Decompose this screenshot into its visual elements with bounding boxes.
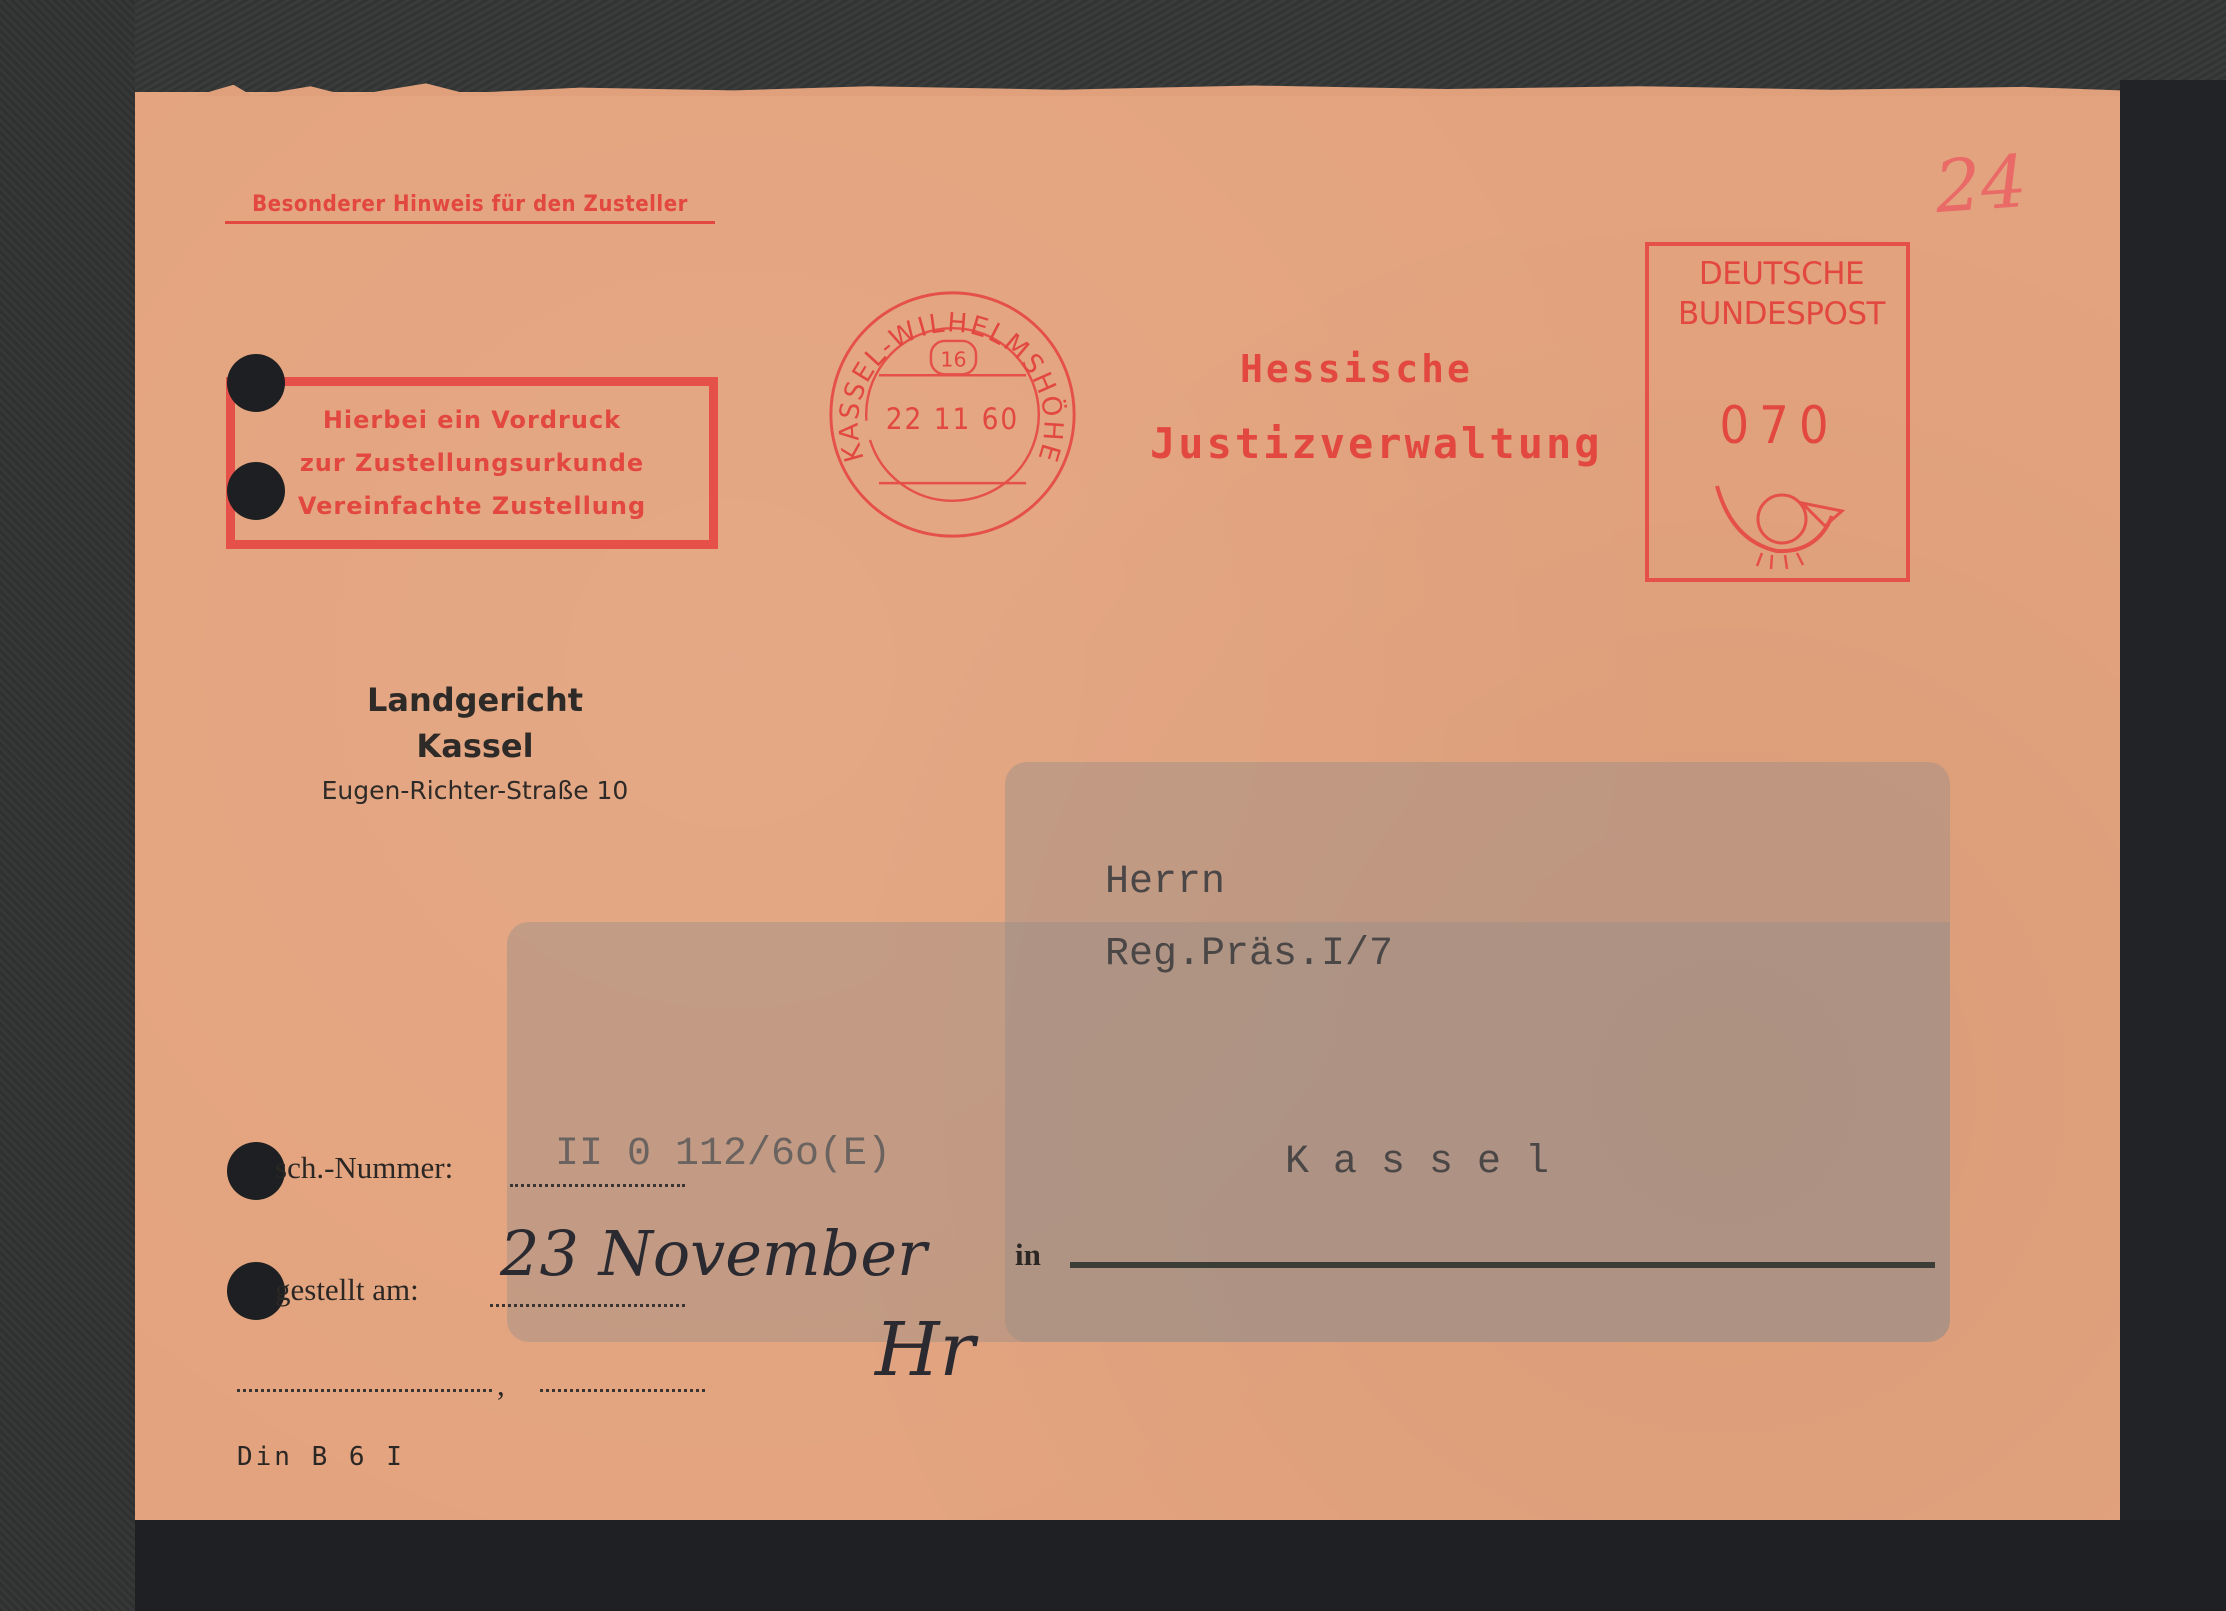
posthorn-icon [1707,481,1857,571]
sender-block: Landgericht Kassel Eugen-Richter-Straße … [295,677,655,813]
punch-hole [227,462,285,520]
postmark-date: 22 11 60 [886,402,1019,436]
enclosure-line: Hierbei ein Vordruck [323,399,621,442]
case-number-value: II 0 112/6o(E) [555,1132,891,1177]
case-number-label: sch.-Nummer: [275,1150,453,1186]
case-number-line [510,1184,685,1187]
place-label: in [1015,1237,1041,1273]
delivered-line [490,1304,685,1307]
meter-title-line-1: DEUTSCHE [1659,254,1904,294]
date-line [540,1389,705,1392]
enclosure-line: zur Zustellungsurkunde [300,442,644,485]
delivered-date-handwritten: 23 November [500,1217,927,1290]
slogan-line-2: Justizverwaltung [1150,419,1603,468]
recipient-name: Reg.Präs.I/7 [1105,932,1393,977]
place-line [237,1389,492,1392]
pencil-annotation: 24 [1932,139,2029,229]
form-code: Din B 6 I [237,1442,405,1472]
backdrop-left [0,0,135,1611]
backdrop-right [2120,80,2226,1611]
sender-name: Landgericht [295,677,655,723]
enclosure-notice-box: Hierbei ein Vordruck zur Zustellungsurku… [226,377,718,549]
backdrop-top [0,0,2226,92]
signature: Hr [875,1307,975,1393]
sender-address: Eugen-Richter-Straße 10 [295,769,655,813]
meter-title: DEUTSCHE BUNDESPOST [1659,254,1904,334]
recipient-salutation: Herrn [1105,860,1225,905]
slogan-line-1: Hessische [1240,347,1473,391]
postage-value: 070 [1709,396,1849,456]
sender-city: Kassel [295,723,655,769]
envelope: Besonderer Hinweis für den Zusteller Hie… [135,92,2120,1520]
meter-title-line-2: BUNDESPOST [1659,294,1904,334]
place-underline [1070,1262,1935,1268]
postage-meter-stamp: DEUTSCHE BUNDESPOST 070 [1645,242,1910,582]
comma-separator: , [497,1367,505,1403]
delivery-notice-header: Besonderer Hinweis für den Zusteller [225,192,715,224]
recipient-city: K a s s e l [1285,1140,1549,1185]
postmark-district: 16 [940,347,966,371]
backdrop-bottom [135,1520,2226,1611]
enclosure-line: Vereinfachte Zustellung [298,485,646,528]
postmark-stamp: KASSEL-WILHELMSHÖHE 16 22 11 60 [825,287,1080,542]
punch-hole [227,354,285,412]
delivered-label: gestellt am: [275,1272,419,1308]
